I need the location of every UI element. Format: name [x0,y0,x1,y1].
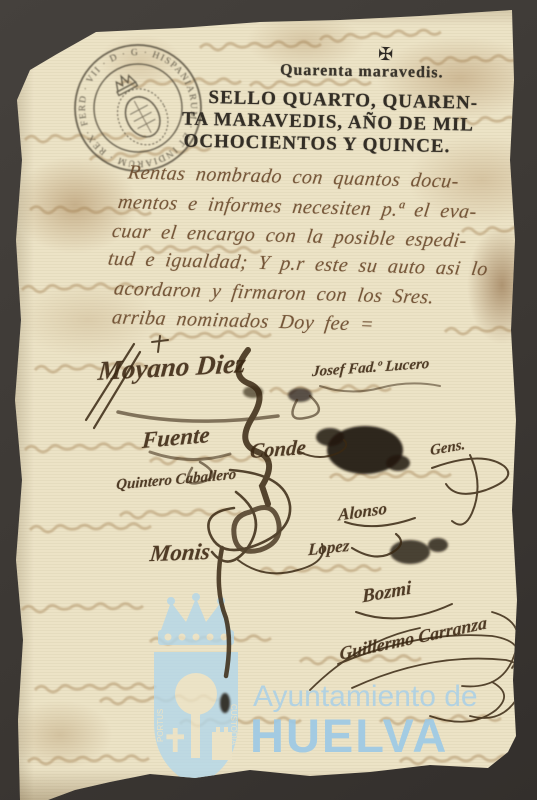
gens-rubric [432,455,508,525]
document-scan: · FERD · VII · D · G · HISPANIARUM · ET … [0,0,537,800]
carranza-flourish [310,612,526,722]
moyano-rubric [238,350,269,504]
ink-flourishes [0,0,537,800]
paper-sheet: · FERD · VII · D · G · HISPANIARUM · ET … [0,0,537,800]
quill-stroke [219,548,229,676]
